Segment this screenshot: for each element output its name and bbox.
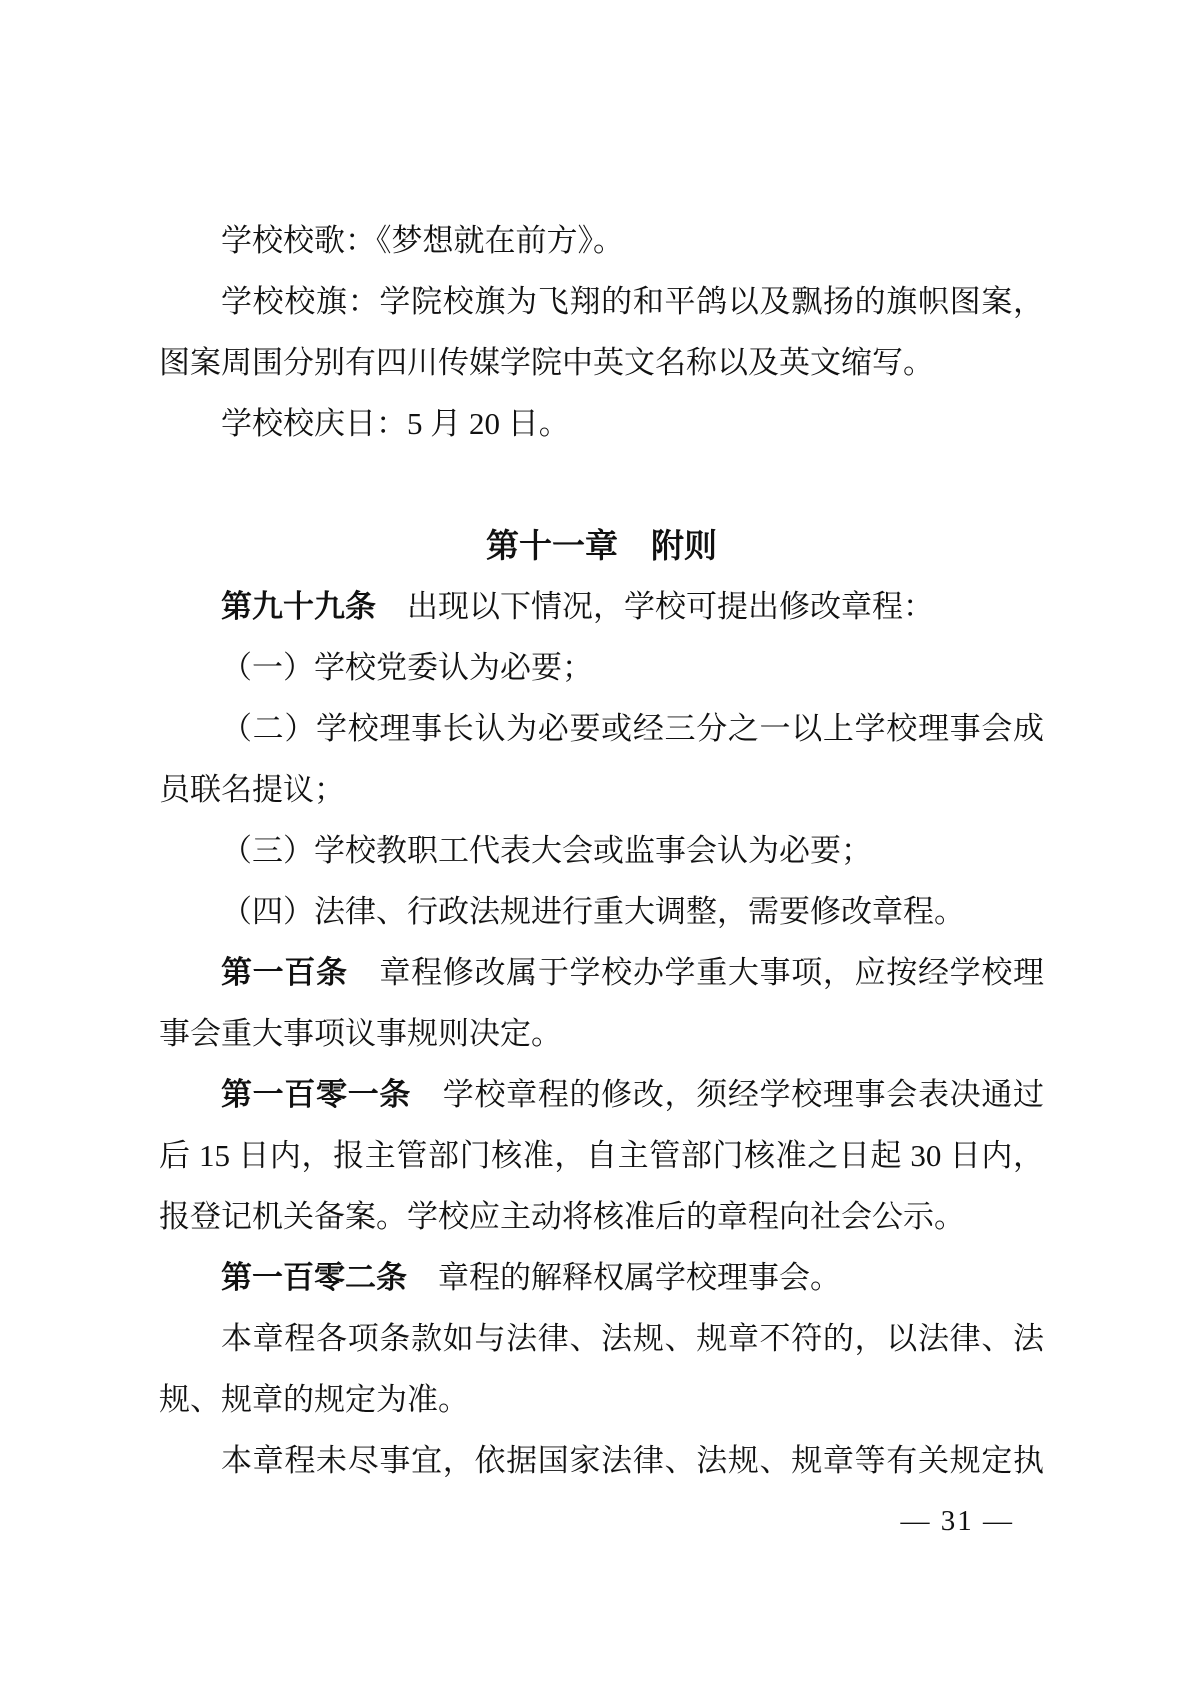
- text-line: 学校校旗：学院校旗为飞翔的和平鸽以及飘扬的旗帜图案，: [159, 271, 1044, 332]
- chapter-heading: 第十一章 附则: [159, 515, 1044, 576]
- text-line: （二）学校理事长认为必要或经三分之一以上学校理事会成: [159, 698, 1044, 759]
- text-line: 后 15 日内，报主管部门核准，自主管部门核准之日起 30 日内，: [159, 1125, 1044, 1186]
- article-line: 第九十九条 出现以下情况，学校可提出修改章程：: [159, 576, 1044, 637]
- document-body: 学校校歌：《梦想就在前方》。 学校校旗：学院校旗为飞翔的和平鸽以及飘扬的旗帜图案…: [159, 210, 1044, 1552]
- article-number: 第一百条: [221, 955, 348, 990]
- text-line: （四）法律、行政法规进行重大调整，需要修改章程。: [159, 881, 1044, 942]
- text-line: 事会重大事项议事规则决定。: [159, 1003, 1044, 1064]
- blank-line: [159, 454, 1044, 515]
- text-line: 报登记机关备案。学校应主动将核准后的章程向社会公示。: [159, 1186, 1044, 1247]
- text-line: 本章程各项条款如与法律、法规、规章不符的，以法律、法: [159, 1308, 1044, 1369]
- text-line: 规、规章的规定为准。: [159, 1369, 1044, 1430]
- document-page: 学校校歌：《梦想就在前方》。 学校校旗：学院校旗为飞翔的和平鸽以及飘扬的旗帜图案…: [0, 0, 1191, 1684]
- text-line: （三）学校教职工代表大会或监事会认为必要；: [159, 820, 1044, 881]
- article-text: 学校章程的修改，须经学校理事会表决通过: [411, 1077, 1044, 1112]
- article-line: 第一百零二条 章程的解释权属学校理事会。: [159, 1247, 1044, 1308]
- article-text: 章程修改属于学校办学重大事项，应按经学校理: [348, 955, 1044, 990]
- text-line: 学校校庆日：5 月 20 日。: [159, 393, 1044, 454]
- article-number: 第一百零一条: [221, 1077, 411, 1112]
- article-text: 出现以下情况，学校可提出修改章程：: [376, 589, 934, 624]
- text-line: 学校校歌：《梦想就在前方》。: [159, 210, 1044, 271]
- page-number: — 31 —: [159, 1491, 1044, 1552]
- article-number: 第一百零二条: [221, 1260, 407, 1295]
- text-line: （一）学校党委认为必要；: [159, 637, 1044, 698]
- article-text: 章程的解释权属学校理事会。: [407, 1260, 841, 1295]
- text-line: 图案周围分别有四川传媒学院中英文名称以及英文缩写。: [159, 332, 1044, 393]
- article-line: 第一百条 章程修改属于学校办学重大事项，应按经学校理: [159, 942, 1044, 1003]
- text-line: 员联名提议；: [159, 759, 1044, 820]
- article-line: 第一百零一条 学校章程的修改，须经学校理事会表决通过: [159, 1064, 1044, 1125]
- text-line: 本章程未尽事宜，依据国家法律、法规、规章等有关规定执: [159, 1430, 1044, 1491]
- article-number: 第九十九条: [221, 589, 376, 624]
